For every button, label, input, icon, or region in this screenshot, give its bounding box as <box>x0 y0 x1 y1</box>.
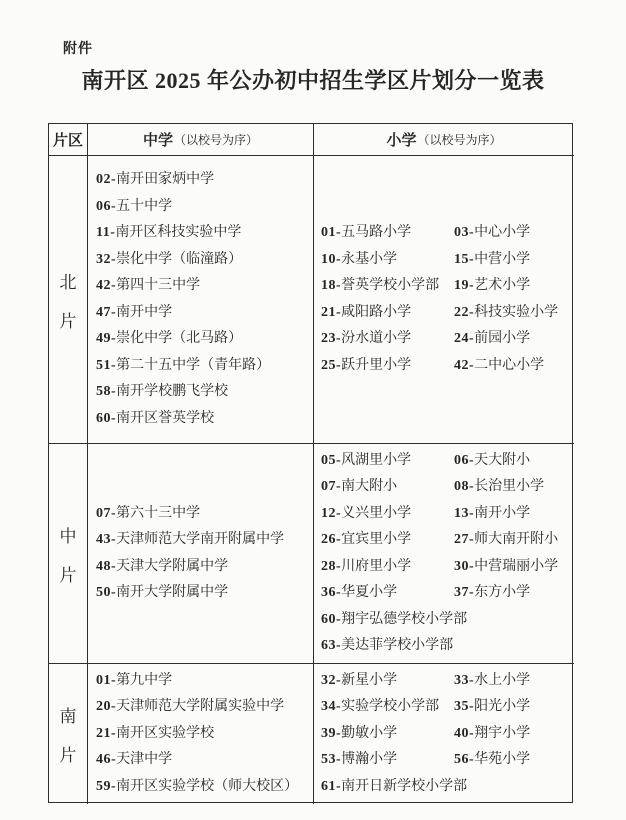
school-entry: 42-二中心小学 <box>454 353 558 380</box>
district-label: 南片 <box>49 664 88 804</box>
school-entry: 08-长治里小学 <box>454 474 558 501</box>
school-entry: 03-中心小学 <box>454 220 558 247</box>
page-title: 南开区 2025 年公办初中招生学区片划分一览表 <box>0 64 626 95</box>
school-entry: 21-南开区实验学校 <box>96 721 313 748</box>
school-entry: 34-实验学校小学部 <box>321 694 454 721</box>
school-entry: 63-美达菲学校小学部 <box>321 633 454 660</box>
school-entry: 23-汾水道小学 <box>321 326 454 353</box>
school-entry: 48-天津大学附属中学 <box>96 554 313 581</box>
header-primary-school: 小学 （以校号为序） <box>314 124 574 156</box>
school-entry: 36-华夏小学 <box>321 580 454 607</box>
school-entry: 43-天津师范大学南开附属中学 <box>96 527 313 554</box>
document-page: { "attachment": "附件", "title": "南开区 2025… <box>0 0 626 820</box>
district-char: 北 <box>60 268 77 293</box>
school-entry: 30-中营瑞丽小学 <box>454 554 558 581</box>
header-district: 片区 <box>49 124 88 156</box>
middle-school-list: 07-第六十三中学43-天津师范大学南开附属中学48-天津大学附属中学50-南开… <box>88 444 314 664</box>
school-entry: 37-东方小学 <box>454 580 558 607</box>
primary-right-column: 06-天大附小08-长治里小学13-南开小学27-师大南开附小30-中营瑞丽小学… <box>454 448 558 607</box>
school-entry: 42-第四十三中学 <box>96 273 313 300</box>
primary-school-list: 01-五马路小学10-永基小学18-誉英学校小学部21-咸阳路小学23-汾水道小… <box>314 156 574 444</box>
school-entry: 27-师大南开附小 <box>454 527 558 554</box>
header-middle-note: （以校号为序） <box>174 131 258 148</box>
school-entry: 35-阳光小学 <box>454 694 530 721</box>
district-table: 片区 中学 （以校号为序） 小学 （以校号为序） 北片02-南开田家炳中学06-… <box>48 123 573 803</box>
middle-school-list: 01-第九中学20-天津师范大学附属实验中学21-南开区实验学校46-天津中学5… <box>88 664 314 804</box>
school-entry: 12-义兴里小学 <box>321 501 454 528</box>
school-entry: 21-咸阳路小学 <box>321 300 454 327</box>
primary-columns: 05-风湖里小学07-南大附小12-义兴里小学26-宜宾里小学28-川府里小学3… <box>321 448 558 660</box>
school-entry: 06-天大附小 <box>454 448 558 475</box>
school-entry: 33-水上小学 <box>454 668 530 695</box>
school-entry: 18-誉英学校小学部 <box>321 273 454 300</box>
school-entry: 01-五马路小学 <box>321 220 454 247</box>
school-entry: 61-南开日新学校小学部 <box>321 774 454 801</box>
school-entry: 19-艺术小学 <box>454 273 558 300</box>
school-entry: 28-川府里小学 <box>321 554 454 581</box>
school-entry: 10-永基小学 <box>321 247 454 274</box>
school-entry: 32-崇化中学（临潼路） <box>96 247 313 274</box>
middle-school-list: 02-南开田家炳中学06-五十中学11-南开区科技实验中学32-崇化中学（临潼路… <box>88 156 314 444</box>
district-char: 中 <box>60 522 77 547</box>
header-primary-label: 小学 <box>386 129 416 150</box>
school-entry: 01-第九中学 <box>96 668 313 695</box>
primary-right-column: 33-水上小学35-阳光小学40-翔宇小学56-华苑小学 <box>454 668 530 774</box>
school-entry: 15-中营小学 <box>454 247 558 274</box>
school-entry: 60-南开区誉英学校 <box>96 406 313 433</box>
school-entry: 58-南开学校鹏飞学校 <box>96 379 313 406</box>
school-entry: 26-宜宾里小学 <box>321 527 454 554</box>
school-entry: 47-南开中学 <box>96 300 313 327</box>
school-entry: 60-翔宇弘德学校小学部 <box>321 607 454 634</box>
school-entry: 56-华苑小学 <box>454 747 530 774</box>
primary-columns: 01-五马路小学10-永基小学18-誉英学校小学部21-咸阳路小学23-汾水道小… <box>321 220 558 379</box>
district-char: 片 <box>60 561 77 586</box>
district-char: 片 <box>60 307 77 332</box>
primary-right-column: 03-中心小学15-中营小学19-艺术小学22-科技实验小学24-前园小学42-… <box>454 220 558 379</box>
district-char: 片 <box>60 741 77 766</box>
school-entry: 20-天津师范大学附属实验中学 <box>96 694 313 721</box>
school-entry: 07-第六十三中学 <box>96 501 313 528</box>
school-entry: 46-天津中学 <box>96 747 313 774</box>
primary-left-column: 01-五马路小学10-永基小学18-誉英学校小学部21-咸阳路小学23-汾水道小… <box>321 220 454 379</box>
school-entry: 11-南开区科技实验中学 <box>96 220 313 247</box>
district-label: 中片 <box>49 444 88 664</box>
school-entry: 22-科技实验小学 <box>454 300 558 327</box>
header-primary-note: （以校号为序） <box>418 131 502 148</box>
school-entry: 50-南开大学附属中学 <box>96 580 313 607</box>
school-entry: 07-南大附小 <box>321 474 454 501</box>
primary-school-list: 32-新星小学34-实验学校小学部39-勤敏小学53-博瀚小学61-南开日新学校… <box>314 664 574 804</box>
school-entry: 49-崇化中学（北马路） <box>96 326 313 353</box>
district-label: 北片 <box>49 156 88 444</box>
school-entry: 51-第二十五中学（青年路） <box>96 353 313 380</box>
primary-left-column: 05-风湖里小学07-南大附小12-义兴里小学26-宜宾里小学28-川府里小学3… <box>321 448 454 660</box>
header-middle-school: 中学 （以校号为序） <box>88 124 314 156</box>
primary-left-column: 32-新星小学34-实验学校小学部39-勤敏小学53-博瀚小学61-南开日新学校… <box>321 668 454 801</box>
header-middle-label: 中学 <box>143 129 173 150</box>
primary-school-list: 05-风湖里小学07-南大附小12-义兴里小学26-宜宾里小学28-川府里小学3… <box>314 444 574 664</box>
school-entry: 13-南开小学 <box>454 501 558 528</box>
school-entry: 40-翔宇小学 <box>454 721 530 748</box>
school-entry: 59-南开区实验学校（师大校区） <box>96 774 313 801</box>
school-entry: 25-跃升里小学 <box>321 353 454 380</box>
school-entry: 06-五十中学 <box>96 194 313 221</box>
school-entry: 32-新星小学 <box>321 668 454 695</box>
header-district-label: 片区 <box>53 129 83 150</box>
district-char: 南 <box>60 702 77 727</box>
school-entry: 53-博瀚小学 <box>321 747 454 774</box>
school-entry: 02-南开田家炳中学 <box>96 167 313 194</box>
primary-columns: 32-新星小学34-实验学校小学部39-勤敏小学53-博瀚小学61-南开日新学校… <box>321 668 530 801</box>
school-entry: 05-风湖里小学 <box>321 448 454 475</box>
school-entry: 24-前园小学 <box>454 326 558 353</box>
attachment-label: 附件 <box>63 38 93 58</box>
school-entry: 39-勤敏小学 <box>321 721 454 748</box>
